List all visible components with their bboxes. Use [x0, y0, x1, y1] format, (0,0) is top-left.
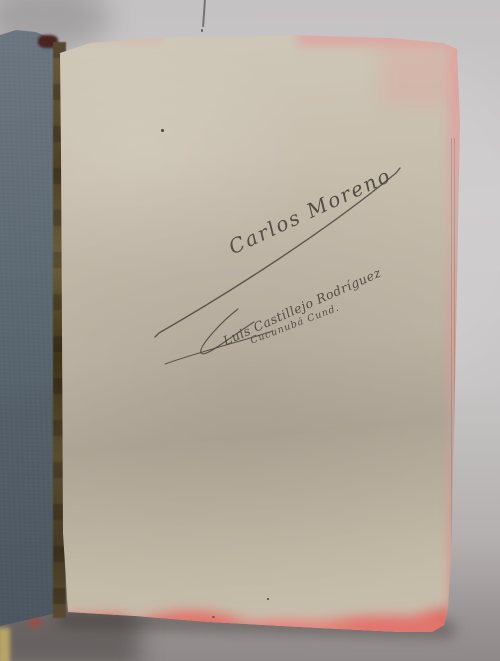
back-cover-edge: [0, 628, 10, 661]
dust-speck: [161, 129, 164, 132]
dyed-edge-speck: [28, 618, 42, 627]
dust-speck: [267, 598, 269, 600]
book-front-cover: [0, 30, 60, 626]
cover-cloth-texture: [0, 30, 60, 626]
dust-speck: [212, 616, 215, 618]
book-photo: Carlos Moreno Luis Castillejo Rodríguez …: [0, 0, 500, 661]
pink-dye-stain-top: [298, 28, 460, 46]
backdrop-scratch: [202, 0, 206, 27]
pink-dye-wash-top-right: [382, 35, 462, 105]
backdrop-scratch-dot: [201, 29, 203, 32]
